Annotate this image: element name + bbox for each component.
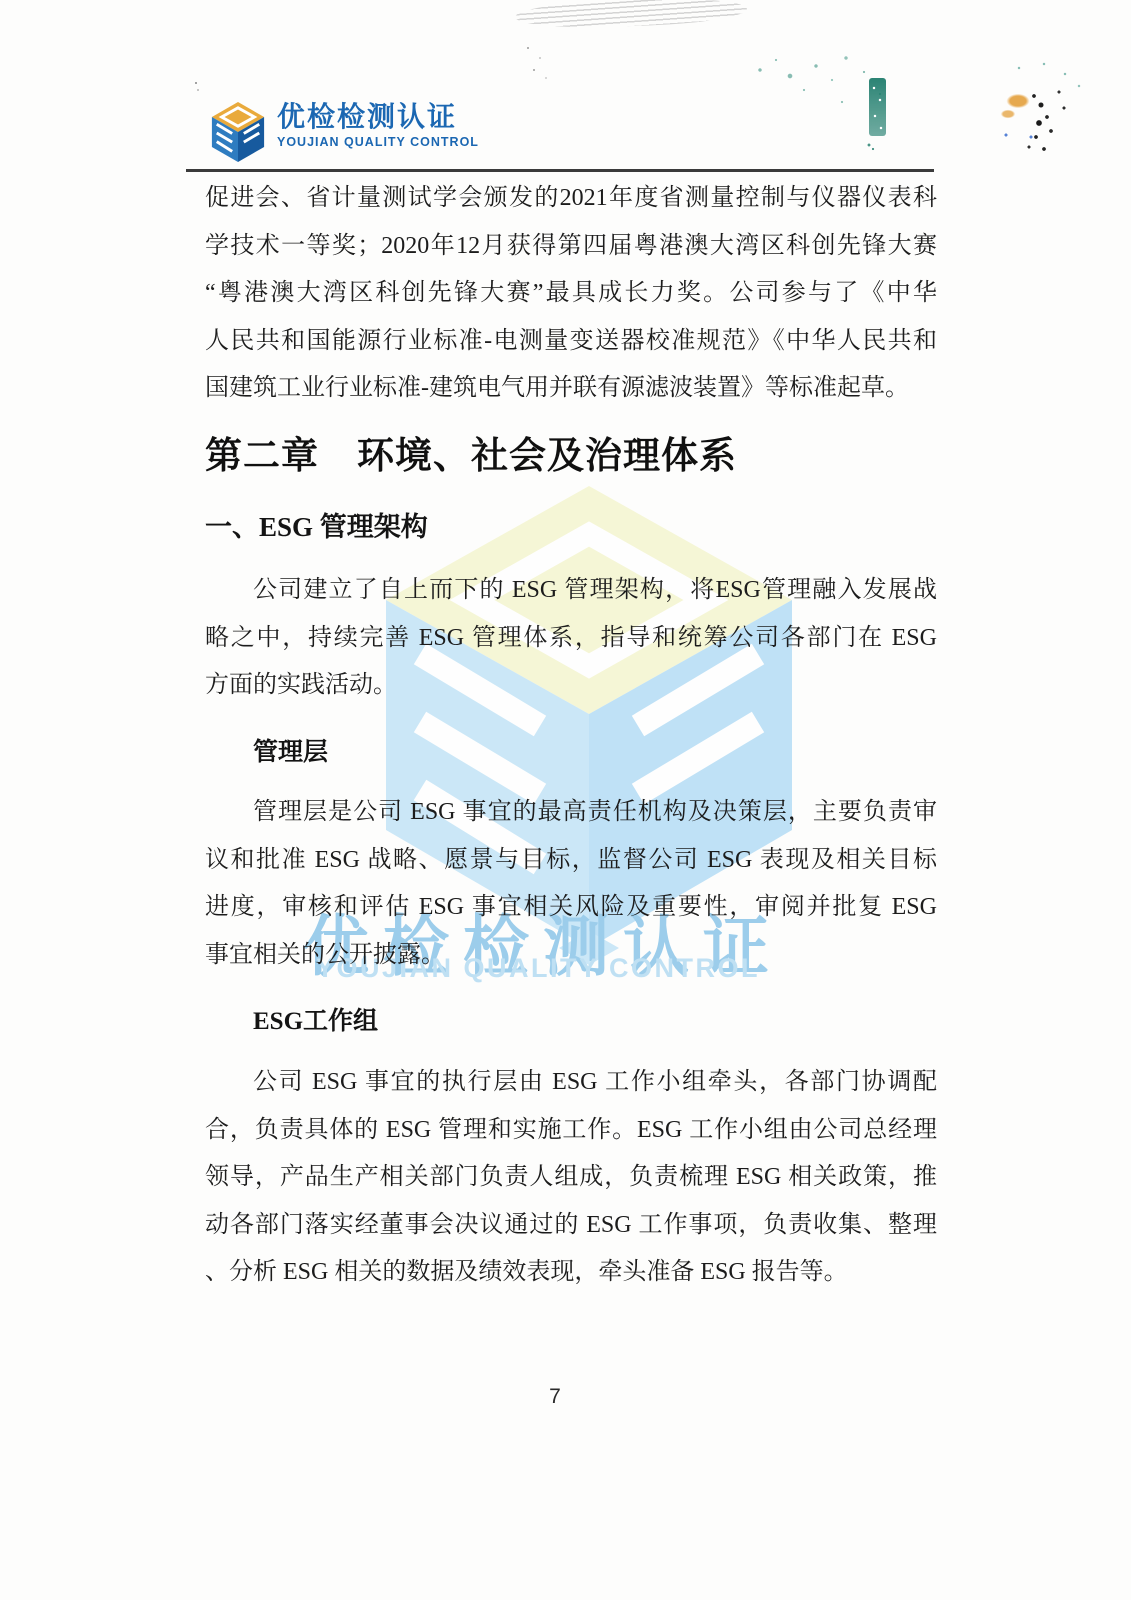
subsection-title-management: 管理层 [253, 733, 933, 773]
paragraph-line: 促进会、省计量测试学会颁发的2021年度省测量控制与仪器仪表科 [205, 175, 937, 223]
paragraph-line: 人民共和国能源行业标准-电测量变送器校准规范》《中华人民共和 [205, 318, 937, 366]
page-number: 7 [531, 1385, 579, 1409]
scan-ink-specks [988, 56, 1090, 164]
paragraph-esg-framework: 公司建立了自上而下的 ESG 管理架构，将ESG管理融入发展战 略之中，持续完善… [205, 567, 937, 710]
brand-name-cn: 优检检测认证 [277, 101, 479, 135]
paragraph-line: 学技术一等奖；2020年12月获得第四届粤港澳大湾区科创先锋大赛 [205, 223, 937, 271]
scan-specks [520, 40, 566, 84]
paragraph-line: 公司建立了自上而下的 ESG 管理架构，将ESG管理融入发展战 [205, 567, 937, 615]
paragraph-line: 动各部门落实经董事会决议通过的 ESG 工作事项，负责收集、整理 [205, 1202, 937, 1250]
brand-name-en: YOUJIAN QUALITY CONTROL [277, 135, 479, 150]
company-logo: 优检检测认证 YOUJIAN QUALITY CONTROL [209, 101, 479, 163]
paragraph-line: 公司 ESG 事宜的执行层由 ESG 工作小组牵头，各部门协调配 [205, 1059, 937, 1107]
section-title-esg-framework: 一、ESG 管理架构 [205, 504, 937, 551]
scan-teal-bar [869, 78, 886, 136]
paragraph-management: 管理层是公司 ESG 事宜的最高责任机构及决策层，主要负责审 议和批准 ESG … [205, 789, 937, 979]
logo-cube-icon [209, 101, 267, 163]
scan-teal-speck [864, 140, 876, 152]
paragraph-line: “粤港澳大湾区科创先锋大赛”最具成长力奖。公司参与了《中华 [205, 270, 937, 318]
paragraph-line: 议和批准 ESG 战略、愿景与目标，监督公司 ESG 表现及相关目标 [205, 837, 937, 885]
subsection-title-esg-workgroup: ESG工作组 [253, 1002, 933, 1042]
scan-speck [192, 80, 202, 94]
scanned-document-page: 优检检测认证 YOUJIAN QUALITY CONTROL 优检检测认证 YO… [0, 0, 1131, 1600]
paragraph-line: 进度，审核和评估 ESG 事宜相关风险及重要性，审阅并批复 ESG [205, 884, 937, 932]
paragraph-line: 国建筑工业行业标准-建筑电气用并联有源滤波装置》等标准起草。 [205, 365, 937, 413]
header-divider [186, 169, 934, 172]
scan-smudge [515, 0, 748, 30]
paragraph-line: 领导，产品生产相关部门负责人组成，负责梳理 ESG 相关政策，推 [205, 1154, 937, 1202]
paragraph-line: 事宜相关的公开披露。 [205, 932, 937, 980]
paragraph-line: 管理层是公司 ESG 事宜的最高责任机构及决策层，主要负责审 [205, 789, 937, 837]
paragraph-awards: 促进会、省计量测试学会颁发的2021年度省测量控制与仪器仪表科 学技术一等奖；2… [205, 175, 937, 413]
paragraph-line: 合，负责具体的 ESG 管理和实施工作。ESG 工作小组由公司总经理 [205, 1107, 937, 1155]
paragraph-line: 略之中，持续完善 ESG 管理体系，指导和统筹公司各部门在 ESG [205, 615, 937, 663]
paragraph-esg-workgroup: 公司 ESG 事宜的执行层由 ESG 工作小组牵头，各部门协调配 合，负责具体的… [205, 1059, 937, 1297]
paragraph-line: 、分析 ESG 相关的数据及绩效表现，牵头准备 ESG 报告等。 [205, 1249, 937, 1297]
chapter-title: 第二章 环境、社会及治理体系 [205, 430, 937, 484]
paragraph-line: 方面的实践活动。 [205, 662, 937, 710]
